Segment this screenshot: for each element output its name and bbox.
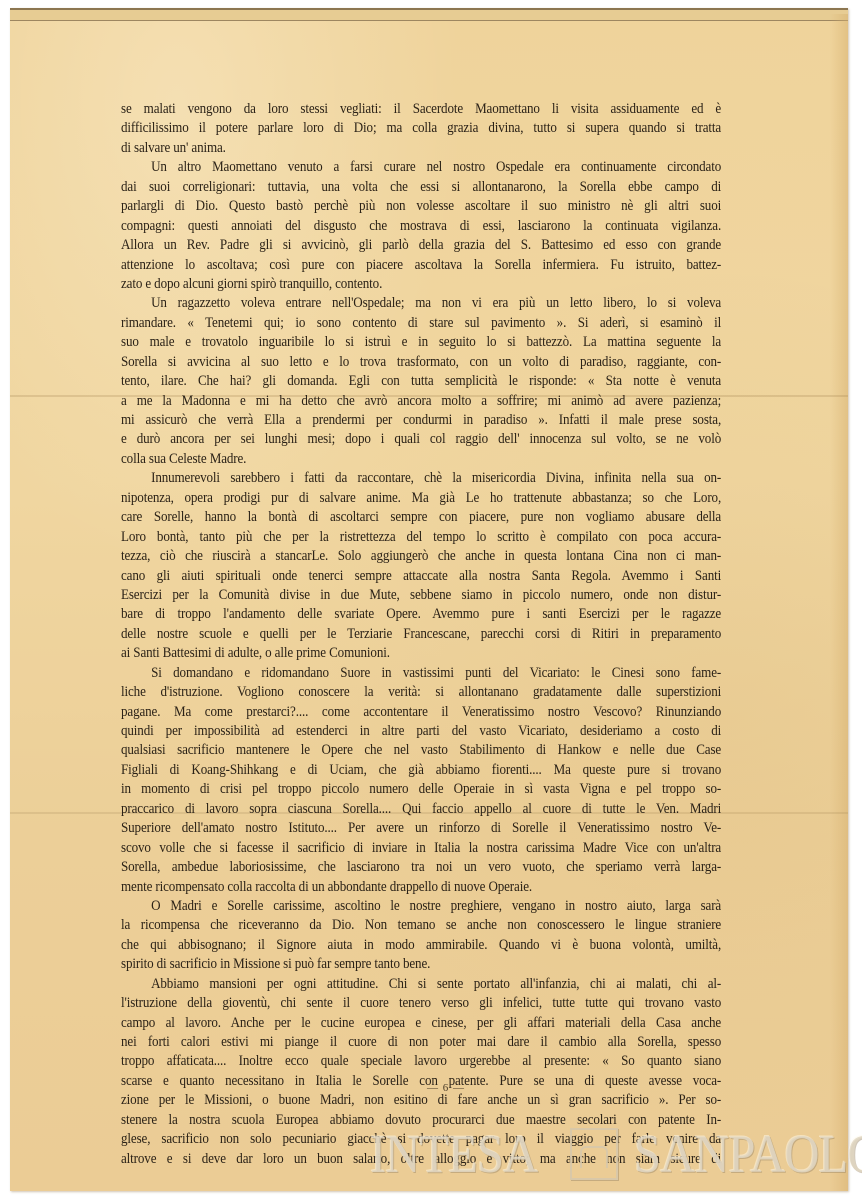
text-line: Superiore dell'amato nostro Istituto....… — [121, 818, 721, 837]
paragraph: Si domandano e ridomandano Suore in vast… — [121, 663, 721, 896]
paragraph: Un ragazzetto voleva entrare nell'Ospeda… — [121, 293, 721, 468]
text-line: che qui abbisognano; il Signore aiuta in… — [121, 935, 721, 954]
page-right-edge-shadow — [830, 14, 848, 1191]
text-line: parlargli di Dio. Questo bastò perchè pi… — [121, 196, 721, 215]
watermark-text-right: SANPAOLO — [634, 1123, 862, 1185]
text-line: nipotenza, opera prodigi pur di salvare … — [121, 488, 721, 507]
intesa-sanpaolo-arch-logo-icon — [570, 1128, 618, 1180]
text-line: tento, ilare. Che hai? gli domanda. Egli… — [121, 371, 721, 390]
text-line: scovo volle che si facesse il sacrificio… — [121, 838, 721, 857]
text-line: pagane. Ma come prestarci?.... come acco… — [121, 702, 721, 721]
text-line: mi assicurò che verrà Ella a prendermi p… — [121, 410, 721, 429]
text-line: Sorella si avvicina al suo letto e lo tr… — [121, 352, 721, 371]
text-line: se malati vengono da loro stessi vegliat… — [121, 99, 721, 118]
text-line: Allora un Rev. Padre gli si avvicinò, gl… — [121, 235, 721, 254]
text-line: Figliali di Koang-Shihkang e di Uciam, c… — [121, 760, 721, 779]
text-line: a me la Madonna e mi ha detto che avrò a… — [121, 391, 721, 410]
paragraph: se malati vengono da loro stessi vegliat… — [121, 99, 721, 157]
text-line: difficilissimo il potere parlare loro di… — [121, 118, 721, 137]
text-line: tezza, ciò che riuscirà a stancarLe. Sol… — [121, 546, 721, 565]
text-line: delle nostre scuole e quelli per le Terz… — [121, 624, 721, 643]
text-line: Loro bontà, tanto più che per la ristret… — [121, 527, 721, 546]
paragraph: O Madri e Sorelle carissime, ascoltino l… — [121, 896, 721, 974]
text-line: bare di troppo l'andamento delle svariat… — [121, 604, 721, 623]
paragraph: Innumerevoli sarebbero i fatti da raccon… — [121, 468, 721, 662]
text-line: l'istruzione della gioventù, chi sente i… — [121, 993, 721, 1012]
paragraph: Un altro Maomettano venuto a farsi curar… — [121, 157, 721, 293]
page-top-fold-edge — [10, 8, 848, 21]
body-text: se malati vengono da loro stessi vegliat… — [121, 99, 721, 1168]
text-line: liche d'istruzione. Vogliono conoscere l… — [121, 682, 721, 701]
text-line: nei forti calori estivi mi piange il cuo… — [121, 1032, 721, 1051]
intesa-sanpaolo-watermark: INTESA SANPAOLO — [370, 1124, 862, 1184]
text-line: spirito di sacrificio in Missione si può… — [121, 954, 721, 973]
text-line: Un altro Maomettano venuto a farsi curar… — [121, 157, 721, 176]
text-line: attenzione lo ascoltava; così pure con p… — [121, 255, 721, 274]
text-line: care Sorelle, hanno la bontà di ascoltar… — [121, 507, 721, 526]
text-line: rimandare. « Tenetemi qui; io sono conte… — [121, 313, 721, 332]
text-line: Un ragazzetto voleva entrare nell'Ospeda… — [121, 293, 721, 312]
text-line: campo al lavoro. Anche per le cucine eur… — [121, 1013, 721, 1032]
text-line: in momento di crisi pel troppo piccolo n… — [121, 779, 721, 798]
text-line: mente ricompensato colla raccolta di un … — [121, 877, 721, 896]
text-line: qualsiasi sacrificio mantenere le Opere … — [121, 740, 721, 759]
text-line: Si domandano e ridomandano Suore in vast… — [121, 663, 721, 682]
text-line: compagni: questi annoiati del disgusto c… — [121, 216, 721, 235]
text-line: Abbiamo mansioni per ogni attitudine. Ch… — [121, 974, 721, 993]
text-line: quindi per impossibilità ad estenderci i… — [121, 721, 721, 740]
text-line: ai Santi Battesimi di adulte, o alle pri… — [121, 643, 721, 662]
text-line: suo male e trovatolo inguaribile lo si i… — [121, 332, 721, 351]
text-line: Esercizi per la Comunità divise in due M… — [121, 585, 721, 604]
text-line: cano gli aiuti spirituali onde tenerci s… — [121, 566, 721, 585]
page-number: — 6 — — [0, 1082, 862, 1094]
text-line: O Madri e Sorelle carissime, ascoltino l… — [121, 896, 721, 915]
text-line: Sorella, ambedue laboriosissime, che las… — [121, 857, 721, 876]
text-line: colla sua Celeste Madre. — [121, 449, 721, 468]
watermark-text-left: INTESA — [370, 1123, 537, 1185]
text-line: dai suoi correligionari: tuttavia, una v… — [121, 177, 721, 196]
text-line: praccarico di lavoro sopra ciascuna Sore… — [121, 799, 721, 818]
text-line: zato e dopo alcuni giorni spirò tranquil… — [121, 274, 721, 293]
text-line: Innumerevoli sarebbero i fatti da raccon… — [121, 468, 721, 487]
text-line: e durò ancora per sei lunghi mesi; dopo … — [121, 429, 721, 448]
text-line: la ricompensa che riceveranno da Dio. No… — [121, 915, 721, 934]
text-line: di salvare un' anima. — [121, 138, 721, 157]
text-line: troppo affaticata.... Inoltre ecco quale… — [121, 1051, 721, 1070]
